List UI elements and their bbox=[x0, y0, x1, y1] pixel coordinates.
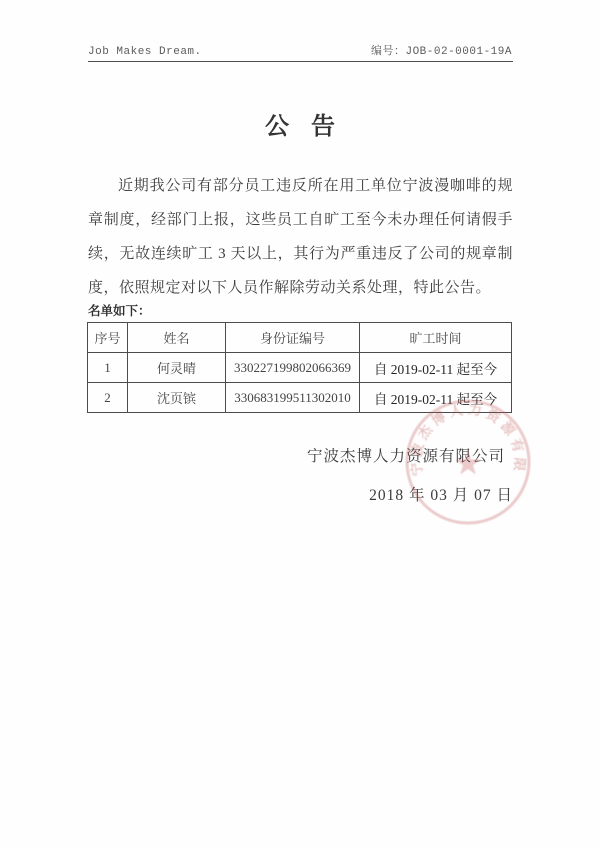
cell-name: 何灵晴 bbox=[128, 353, 226, 383]
col-header-name: 姓名 bbox=[128, 323, 226, 353]
table-header-row: 序号 姓名 身份证编号 旷工时间 bbox=[88, 323, 512, 353]
header-slogan: Job Makes Dream. bbox=[88, 46, 202, 58]
table-row: 1 何灵晴 330227199802066369 自 2019-02-11 起至… bbox=[88, 353, 512, 383]
list-label: 名单如下： bbox=[88, 301, 151, 319]
cell-name: 沈页镔 bbox=[128, 383, 226, 413]
cell-id-number: 330683199511302010 bbox=[226, 383, 360, 413]
dismissal-roster-table: 序号 姓名 身份证编号 旷工时间 1 何灵晴 33022719980206636… bbox=[87, 322, 512, 413]
document-title: 公 告 bbox=[0, 106, 600, 141]
page-header: Job Makes Dream. 编号：JOB-02-0001-19A bbox=[88, 42, 512, 58]
doc-number-label: 编号： bbox=[371, 46, 406, 58]
cell-id-number: 330227199802066369 bbox=[226, 353, 360, 383]
cell-absence-period: 自 2019-02-11 起至今 bbox=[360, 383, 512, 413]
col-header-id-number: 身份证编号 bbox=[226, 323, 360, 353]
table-row: 2 沈页镔 330683199511302010 自 2019-02-11 起至… bbox=[88, 383, 512, 413]
signature-company: 宁波杰博人力资源有限公司 bbox=[0, 444, 505, 466]
cell-index: 2 bbox=[88, 383, 128, 413]
cell-absence-period: 自 2019-02-11 起至今 bbox=[360, 353, 512, 383]
col-header-index: 序号 bbox=[88, 323, 128, 353]
document-page: Job Makes Dream. 编号：JOB-02-0001-19A 公 告 … bbox=[0, 0, 600, 848]
doc-number: 编号：JOB-02-0001-19A bbox=[371, 42, 512, 58]
signature-block: 宁波杰博人力资源有限公司 2018 年 03 月 07 日 bbox=[0, 444, 513, 505]
col-header-absence-time: 旷工时间 bbox=[360, 323, 512, 353]
signature-date: 2018 年 03 月 07 日 bbox=[0, 483, 513, 505]
header-divider bbox=[88, 61, 513, 62]
doc-number-value: JOB-02-0001-19A bbox=[405, 46, 512, 58]
announcement-body: 近期我公司有部分员工违反所在用工单位宁波漫咖啡的规章制度，经部门上报，这些员工自… bbox=[88, 169, 513, 305]
cell-index: 1 bbox=[88, 353, 128, 383]
